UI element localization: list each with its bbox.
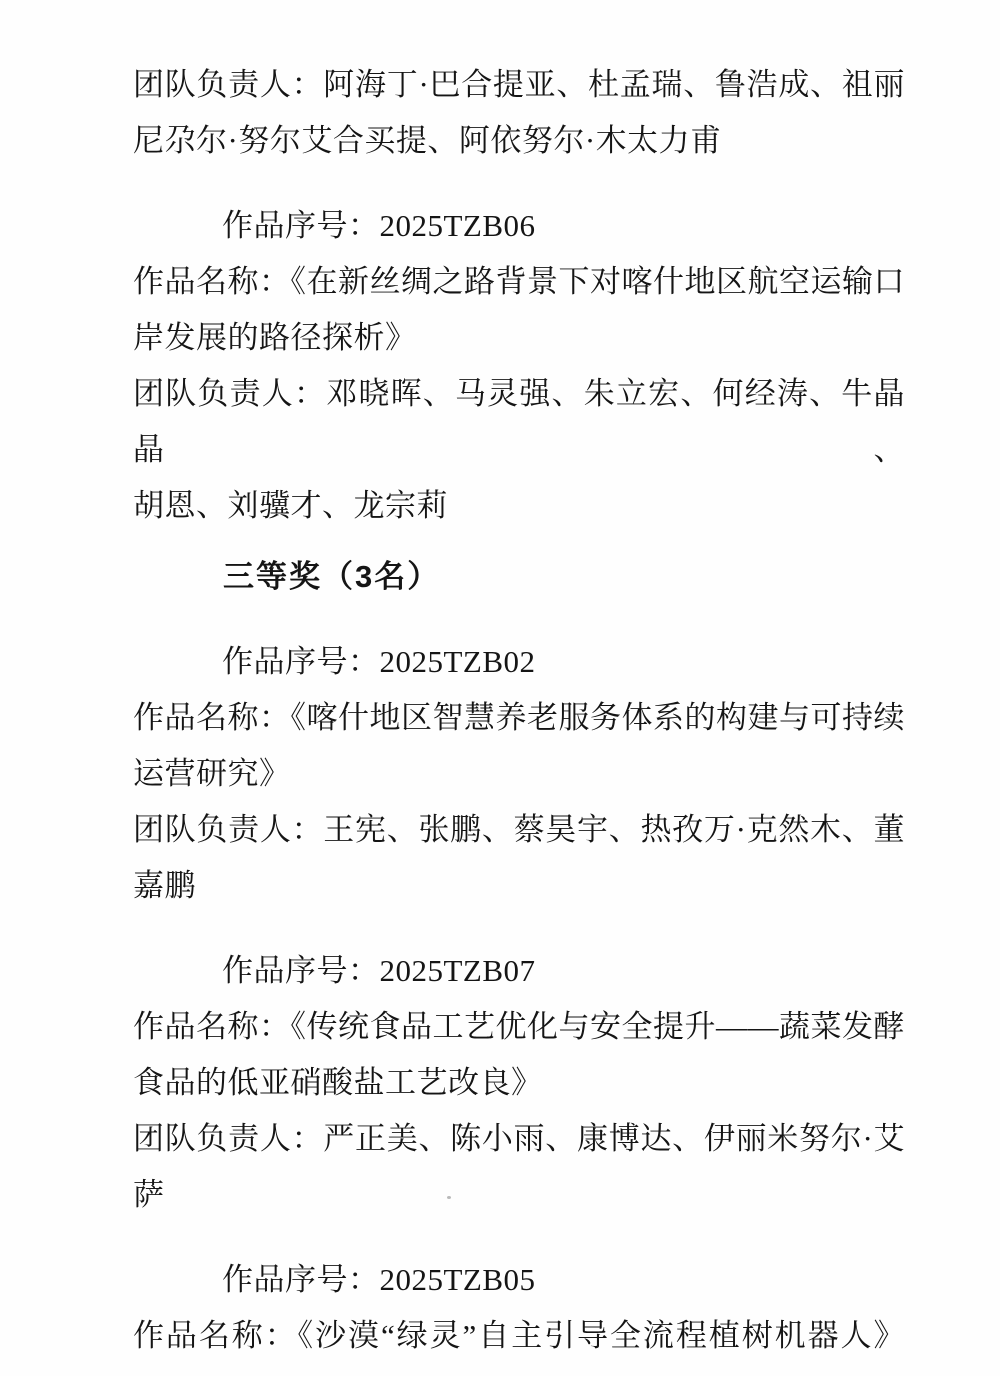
team-leaders-line: 团队负责人：邓晓晖、马灵强、朱立宏、何经涛、牛晶晶、 bbox=[133, 366, 905, 478]
work-serial-number-line: 作品序号：2025TZB05 bbox=[133, 1252, 905, 1308]
work-title-line: 作品名称：《沙漠“绿灵”自主引导全流程植树机器人》 bbox=[133, 1308, 905, 1364]
team-leaders-line: 萨 bbox=[133, 1167, 905, 1223]
work-title-block: 作品名称：《沙漠“绿灵”自主引导全流程植树机器人》 bbox=[133, 1308, 905, 1364]
document-page: 团队负责人：阿海丁·巴合提亚、杜孟瑞、鲁浩成、祖丽尼尕尔·努尔艾合买提、阿依努尔… bbox=[0, 0, 1000, 1376]
work-title-line: 作品名称：《传统食品工艺优化与安全提升——蔬菜发酵 bbox=[133, 999, 905, 1055]
scan-speck-artifact bbox=[447, 1196, 451, 1199]
work-serial-number-line: 作品序号：2025TZB02 bbox=[133, 634, 905, 690]
work-serial-number-block: 作品序号：2025TZB06 bbox=[133, 198, 905, 254]
work-serial-number-block: 作品序号：2025TZB02 bbox=[133, 634, 905, 690]
work-title-line: 食品的低亚硝酸盐工艺改良》 bbox=[133, 1055, 905, 1111]
award-tier-heading-block: 三等奖（3名） bbox=[133, 549, 905, 605]
work-title-line: 作品名称：《喀什地区智慧养老服务体系的构建与可持续 bbox=[133, 690, 905, 746]
team-leaders-line: 尼尕尔·努尔艾合买提、阿依努尔·木太力甫 bbox=[133, 113, 905, 169]
team-leaders-line: 团队负责人：王宪、张鹏、蔡昊宇、热孜万·克然木、董 bbox=[133, 802, 905, 858]
work-serial-number-line: 作品序号：2025TZB07 bbox=[133, 943, 905, 999]
team-leaders-line: 嘉鹏 bbox=[133, 858, 905, 914]
team-leaders-line: 团队负责人：严正美、陈小雨、康博达、伊丽米努尔·艾 bbox=[133, 1111, 905, 1167]
team-leaders-line: 团队负责人：阿海丁·巴合提亚、杜孟瑞、鲁浩成、祖丽 bbox=[133, 57, 905, 113]
work-title-block: 作品名称：《在新丝绸之路背景下对喀什地区航空运输口岸发展的路径探析》 bbox=[133, 254, 905, 366]
work-title-block: 作品名称：《传统食品工艺优化与安全提升——蔬菜发酵食品的低亚硝酸盐工艺改良》 bbox=[133, 999, 905, 1111]
award-tier-heading-line: 三等奖（3名） bbox=[133, 549, 905, 605]
team-leaders-block: 团队负责人：邓晓晖、马灵强、朱立宏、何经涛、牛晶晶、胡恩、刘骥才、龙宗莉 bbox=[133, 366, 905, 534]
work-title-line: 运营研究》 bbox=[133, 746, 905, 802]
document-content: 团队负责人：阿海丁·巴合提亚、杜孟瑞、鲁浩成、祖丽尼尕尔·努尔艾合买提、阿依努尔… bbox=[133, 57, 905, 1364]
work-serial-number-block: 作品序号：2025TZB07 bbox=[133, 943, 905, 999]
team-leaders-block: 团队负责人：严正美、陈小雨、康博达、伊丽米努尔·艾萨 bbox=[133, 1111, 905, 1223]
work-serial-number-block: 作品序号：2025TZB05 bbox=[133, 1252, 905, 1308]
team-leaders-block: 团队负责人：王宪、张鹏、蔡昊宇、热孜万·克然木、董嘉鹏 bbox=[133, 802, 905, 914]
work-title-line: 作品名称：《在新丝绸之路背景下对喀什地区航空运输口 bbox=[133, 254, 905, 310]
team-leaders-line: 胡恩、刘骥才、龙宗莉 bbox=[133, 478, 905, 534]
team-leaders-block: 团队负责人：阿海丁·巴合提亚、杜孟瑞、鲁浩成、祖丽尼尕尔·努尔艾合买提、阿依努尔… bbox=[133, 57, 905, 169]
work-title-block: 作品名称：《喀什地区智慧养老服务体系的构建与可持续运营研究》 bbox=[133, 690, 905, 802]
work-serial-number-line: 作品序号：2025TZB06 bbox=[133, 198, 905, 254]
work-title-line: 岸发展的路径探析》 bbox=[133, 310, 905, 366]
